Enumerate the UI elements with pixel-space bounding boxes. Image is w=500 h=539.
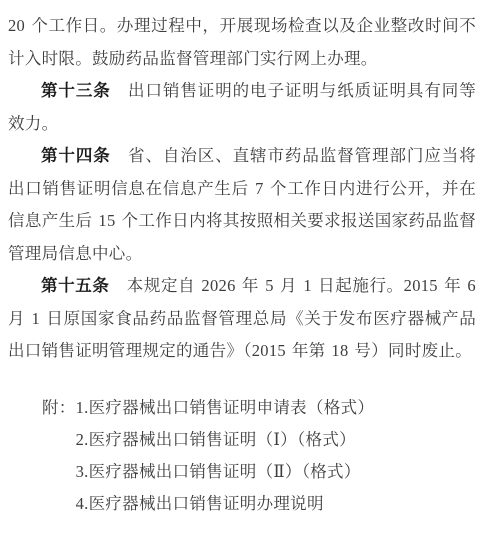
attachment-item: 4.医疗器械出口销售证明办理说明: [76, 488, 375, 520]
paragraph-article-15: 第十五条本规定自 2026 年 5 月 1 日起施行。2015 年 6 月 1 …: [8, 270, 476, 368]
attachment-item: 3.医疗器械出口销售证明（Ⅱ）（格式）: [76, 456, 375, 488]
attachments-list: 1.医疗器械出口销售证明申请表（格式） 2.医疗器械出口销售证明（Ⅰ）（格式） …: [76, 392, 375, 520]
paragraph-article-13: 第十三条出口销售证明的电子证明与纸质证明具有同等效力。: [8, 75, 476, 140]
attachment-item: 1.医疗器械出口销售证明申请表（格式）: [76, 392, 375, 424]
attachment-item: 2.医疗器械出口销售证明（Ⅰ）（格式）: [76, 424, 375, 456]
article-number: 第十三条: [41, 82, 111, 100]
paragraph-article-14: 第十四条省、自治区、直辖市药品监督管理部门应当将出口销售证明信息在信息产生后 7…: [8, 140, 476, 270]
article-number: 第十五条: [41, 277, 109, 295]
paragraph-continuation: 20 个工作日。办理过程中，开展现场检查以及企业整改时间不计入时限。鼓励药品监督…: [8, 10, 476, 75]
attachments-section: 附： 1.医疗器械出口销售证明申请表（格式） 2.医疗器械出口销售证明（Ⅰ）（格…: [42, 392, 476, 520]
attachments-label: 附：: [42, 392, 76, 424]
article-number: 第十四条: [41, 147, 111, 165]
paragraph-text: 20 个工作日。办理过程中，开展现场检查以及企业整改时间不计入时限。鼓励药品监督…: [8, 16, 476, 68]
document-page: 20 个工作日。办理过程中，开展现场检查以及企业整改时间不计入时限。鼓励药品监督…: [0, 0, 500, 539]
